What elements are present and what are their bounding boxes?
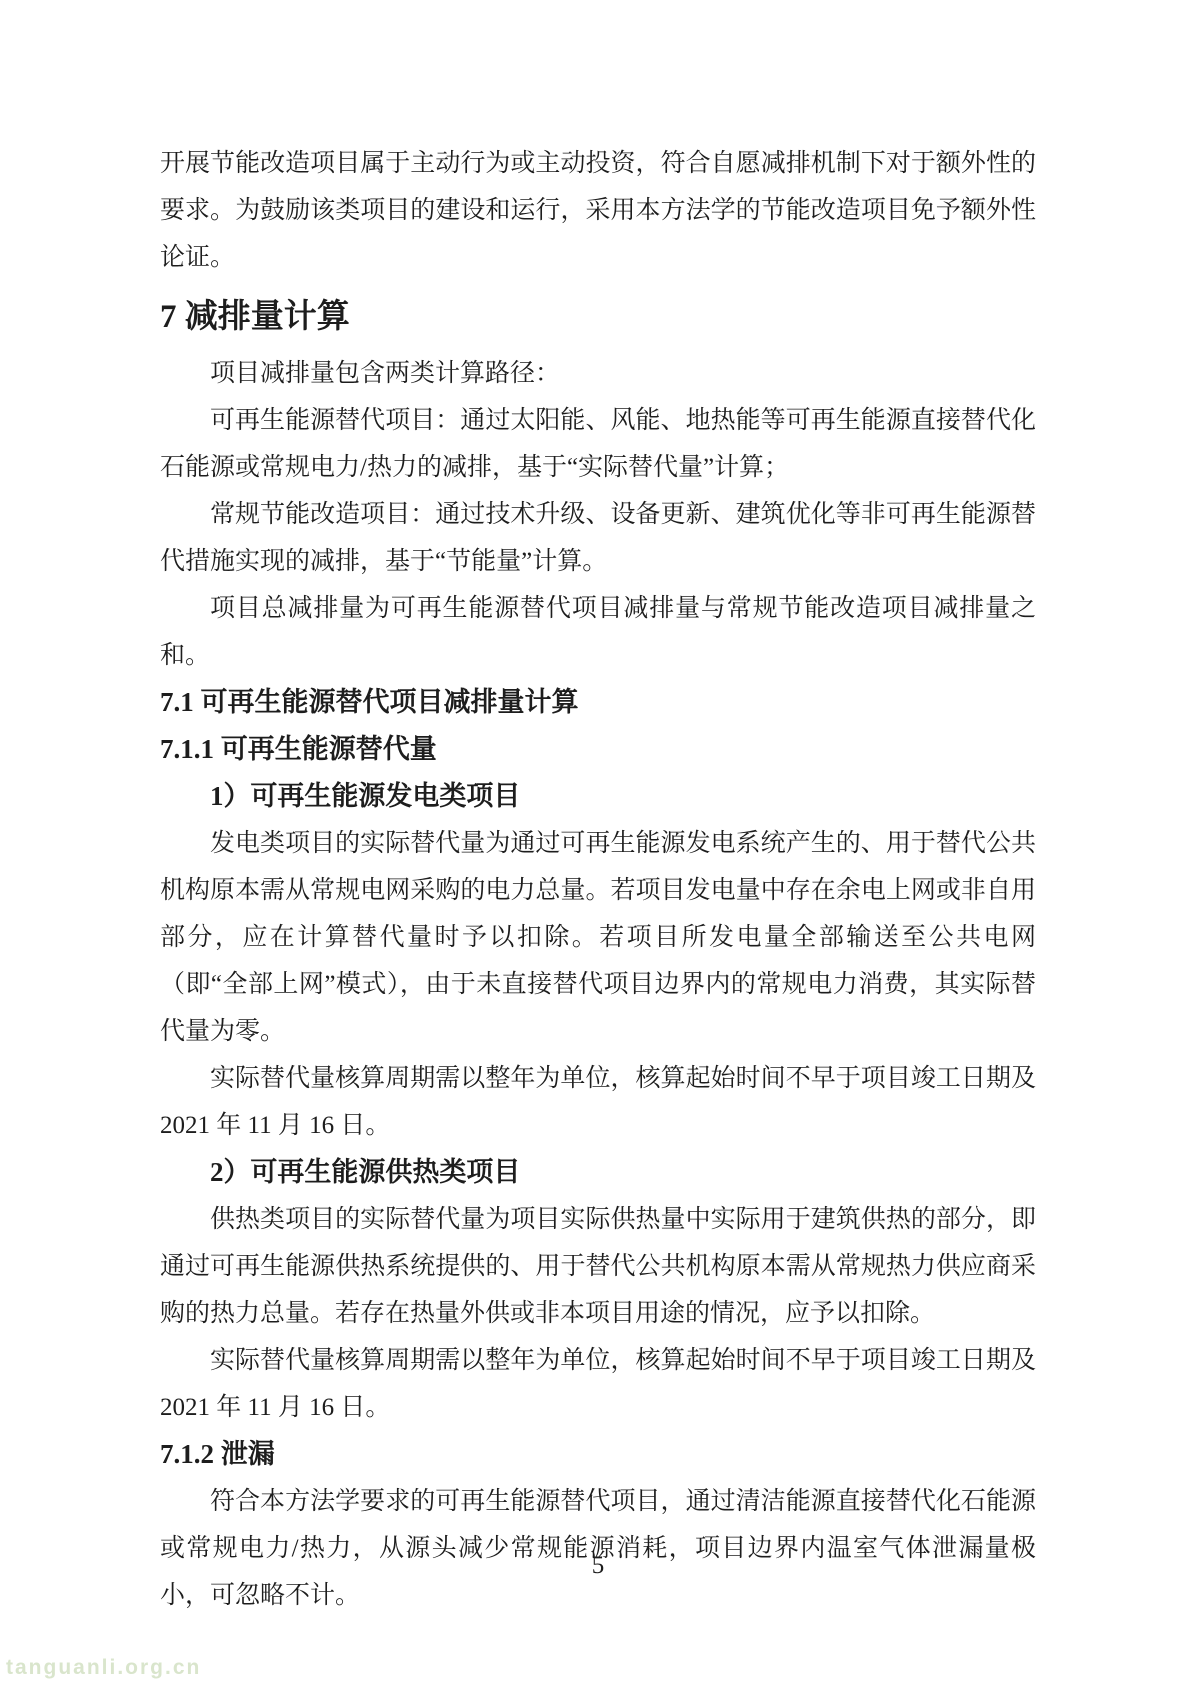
page-number: 5 — [160, 1551, 1036, 1581]
paragraph-leakage: 符合本方法学要求的可再生能源替代项目，通过清洁能源直接替代化石能源或常规电力/热… — [160, 1478, 1036, 1619]
heading-section-7-1: 7.1 可再生能源替代项目减排量计算 — [160, 679, 1036, 726]
paragraph-heating-accounting-period: 实际替代量核算周期需以整年为单位，核算起始时间不早于项目竣工日期及 2021 年… — [160, 1337, 1036, 1431]
watermark-site-url: tanguanli.org.cn — [6, 1656, 201, 1680]
heading-item-1-power-generation: 1）可再生能源发电类项目 — [160, 773, 1036, 820]
heading-section-7-1-1: 7.1.1 可再生能源替代量 — [160, 726, 1036, 773]
heading-item-2-heating: 2）可再生能源供热类项目 — [160, 1149, 1036, 1196]
paragraph-power-accounting-period: 实际替代量核算周期需以整年为单位，核算起始时间不早于项目竣工日期及 2021 年… — [160, 1055, 1036, 1149]
heading-section-7-1-2-leakage: 7.1.2 泄漏 — [160, 1431, 1036, 1478]
document-body: 开展节能改造项目属于主动行为或主动投资，符合自愿减排机制下对于额外性的要求。为鼓… — [160, 140, 1036, 1619]
paragraph-heating-substitution: 供热类项目的实际替代量为项目实际供热量中实际用于建筑供热的部分，即通过可再生能源… — [160, 1196, 1036, 1337]
paragraph-additionality-continued: 开展节能改造项目属于主动行为或主动投资，符合自愿减排机制下对于额外性的要求。为鼓… — [160, 140, 1036, 281]
paragraph-renewable-substitution: 可再生能源替代项目：通过太阳能、风能、地热能等可再生能源直接替代化石能源或常规电… — [160, 397, 1036, 491]
paragraph-total-reduction: 项目总减排量为可再生能源替代项目减排量与常规节能改造项目减排量之和。 — [160, 585, 1036, 679]
paragraph-power-generation-substitution: 发电类项目的实际替代量为通过可再生能源发电系统产生的、用于替代公共机构原本需从常… — [160, 820, 1036, 1055]
paragraph-energy-saving-retrofit: 常规节能改造项目：通过技术升级、设备更新、建筑优化等非可再生能源替代措施实现的减… — [160, 491, 1036, 585]
document-page: 开展节能改造项目属于主动行为或主动投资，符合自愿减排机制下对于额外性的要求。为鼓… — [0, 0, 1190, 1683]
paragraph-calculation-paths: 项目减排量包含两类计算路径： — [160, 350, 1036, 397]
heading-chapter-7: 7 减排量计算 — [160, 292, 1036, 342]
